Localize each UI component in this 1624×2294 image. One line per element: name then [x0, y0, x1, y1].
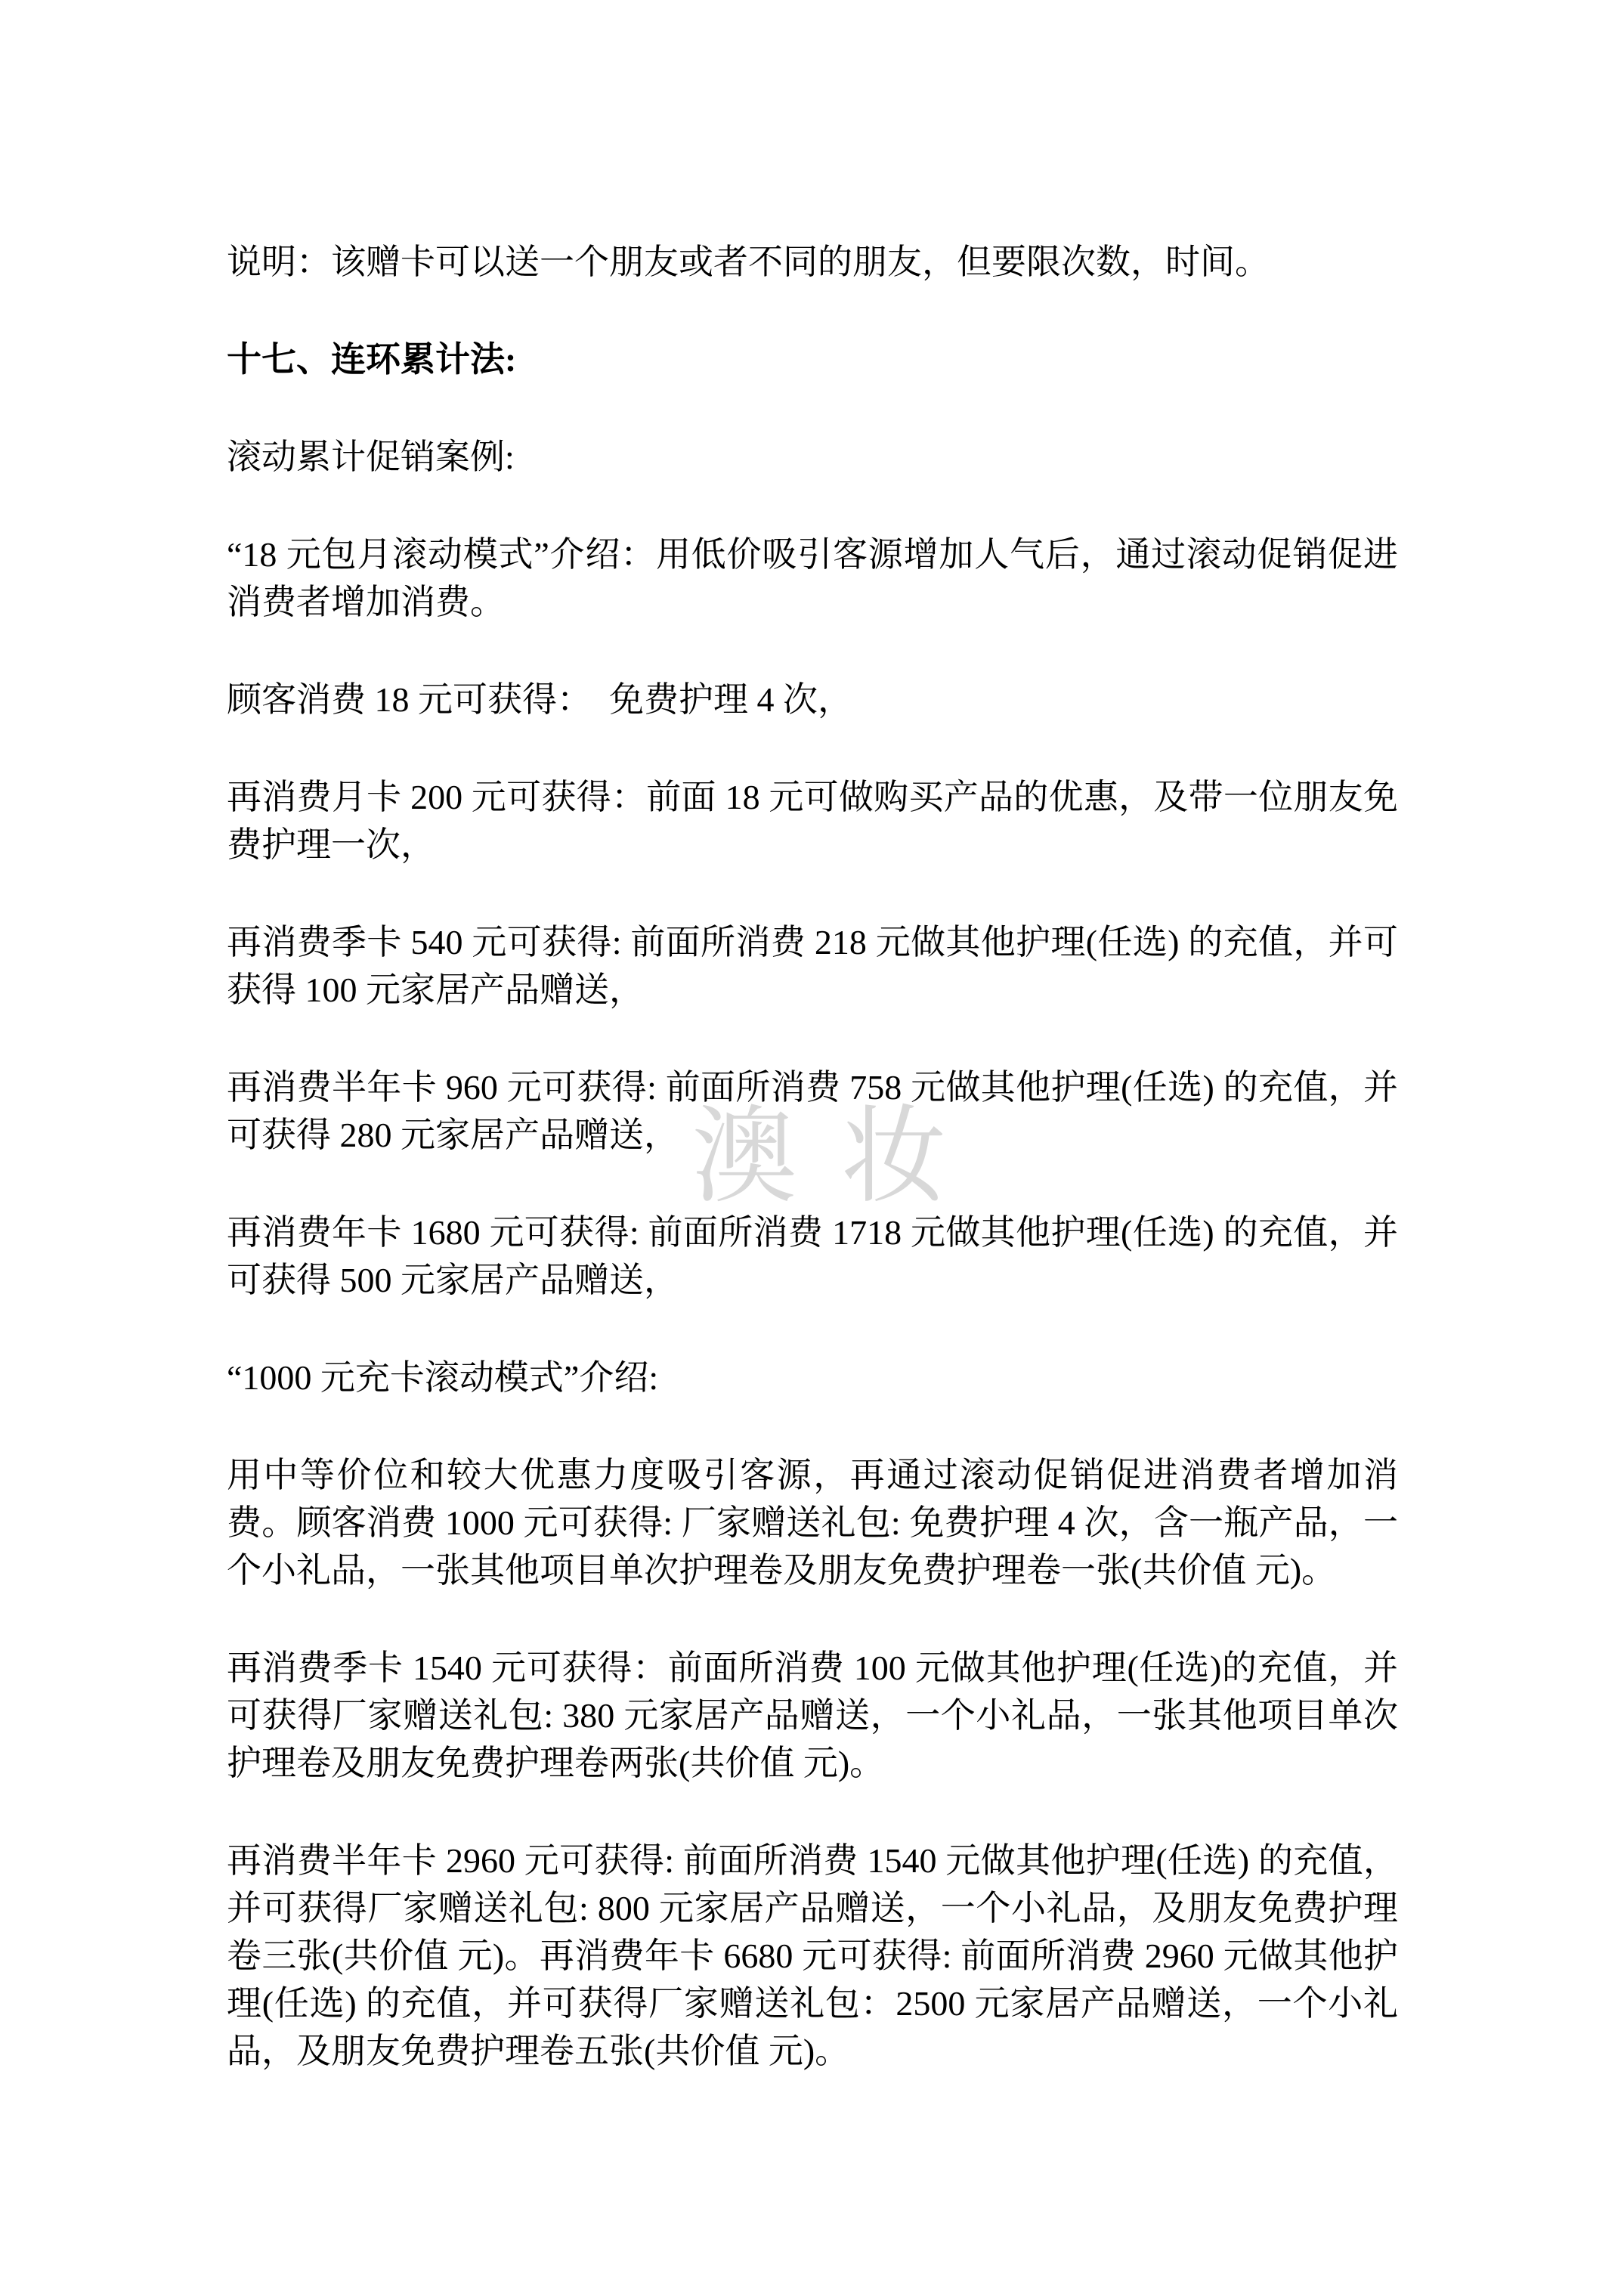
paragraph-mode-1000-intro-label: “1000 元充卡滚动模式”介绍: — [227, 1354, 1398, 1401]
paragraph-season-card-540: 再消费季卡 540 元可获得: 前面所消费 218 元做其他护理(任选) 的充值… — [227, 918, 1398, 1014]
paragraph-case-label: 滚动累计促销案例: — [227, 433, 1398, 481]
section-heading: 十七、连环累计法: — [227, 336, 1398, 383]
paragraph-mode-1000-detail: 用中等价位和较大优惠力度吸引客源，再通过滚动促销促进消费者增加消费。顾客消费 1… — [227, 1451, 1398, 1594]
paragraph-season-card-1540: 再消费季卡 1540 元可获得：前面所消费 100 元做其他护理(任选)的充值，… — [227, 1644, 1398, 1787]
document-body: 说明：该赠卡可以送一个朋友或者不同的朋友，但要限次数，时间。 十七、连环累计法:… — [227, 238, 1398, 2125]
paragraph-month-card-200: 再消费月卡 200 元可获得：前面 18 元可做购买产品的优惠，及带一位朋友免费… — [227, 773, 1398, 868]
paragraph-half-year-card-960: 再消费半年卡 960 元可获得: 前面所消费 758 元做其他护理(任选) 的充… — [227, 1063, 1398, 1159]
paragraph-mode-18-intro: “18 元包月滚动模式”介绍：用低价吸引客源增加人气后，通过滚动促销促进消费者增… — [227, 531, 1398, 626]
paragraph-year-card-1680: 再消费年卡 1680 元可获得: 前面所消费 1718 元做其他护理(任选) 的… — [227, 1209, 1398, 1304]
paragraph-spend-18: 顾客消费 18 元可获得： 免费护理 4 次， — [227, 676, 1398, 723]
paragraph-half-year-card-2960: 再消费半年卡 2960 元可获得: 前面所消费 1540 元做其他护理(任选) … — [227, 1837, 1398, 2075]
paragraph-note: 说明：该赠卡可以送一个朋友或者不同的朋友，但要限次数，时间。 — [227, 238, 1398, 286]
document-page: 澳妆 说明：该赠卡可以送一个朋友或者不同的朋友，但要限次数，时间。 十七、连环累… — [0, 0, 1624, 2294]
